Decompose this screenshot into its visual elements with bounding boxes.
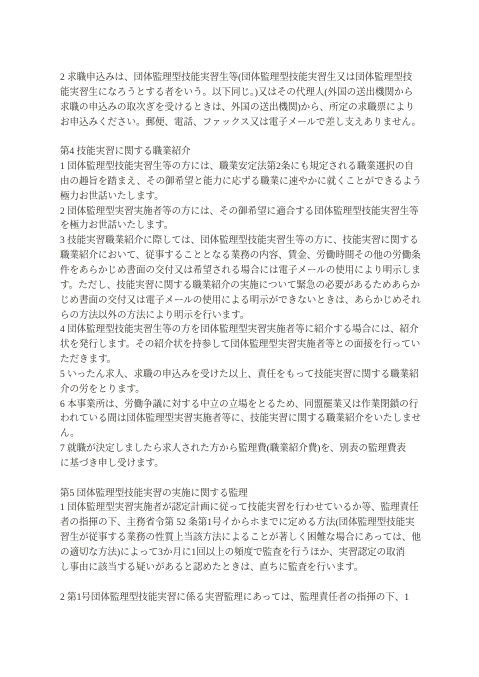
section4-item-4: 4 団体監理型技能実習生等の方を団体監理型実習実施者等に紹介する場合には、紹介状… <box>60 323 422 368</box>
text-line: 求職の申込みの取次ぎを受けるときは、外国の送出機関)から、所定の求職票により <box>60 101 422 116</box>
text-line: 5 いったん求人、求職の申込みを受けた以上、責任をもって技能実習に関する職業紹 <box>60 368 422 383</box>
document-page: 2 求職申込みは、団体監理型技能実習生等(団体監理型技能実習生又は団体監理型技能… <box>0 0 479 677</box>
document-text: 2 求職申込みは、団体監理型技能実習生等(団体監理型技能実習生又は団体監理型技能… <box>60 71 422 605</box>
text-line: 極力お世話いたします。 <box>60 190 422 205</box>
section-heading-line: 第4 技能実習に関する職業紹介 <box>60 145 422 160</box>
text-line: 1 団体監理型実習実施者が認定計画に従って技能実習を行わせているか等、監理責任 <box>60 501 422 516</box>
section4-item-7: 7 就職が決定しましたら求人された方から監理費(職業紹介費)を、別表の監理費表に… <box>60 442 422 472</box>
text-line: 2 団体監理型実習実施者等の方には、その御希望に適合する団体監理型技能実習生等 <box>60 205 422 220</box>
section4-heading: 第4 技能実習に関する職業紹介 <box>60 145 422 160</box>
text-line: らの方法以外の方法により明示を行います。 <box>60 309 422 324</box>
text-line: 状を発行します。その紹介状を持参して団体監理型実習実施者等との面接を行ってい <box>60 338 422 353</box>
section4-item-3: 3 技能実習職業紹介に際しては、団体監理型技能実習生等の方に、技能実習に関する職… <box>60 234 422 323</box>
text-line: 7 就職が決定しましたら求人された方から監理費(職業紹介費)を、別表の監理費表 <box>60 442 422 457</box>
section4-item-2: 2 団体監理型実習実施者等の方には、その御希望に適合する団体監理型技能実習生等を… <box>60 205 422 235</box>
section5-item-1: 1 団体監理型実習実施者が認定計画に従って技能実習を行わせているか等、監理責任者… <box>60 501 422 575</box>
section4-item-1: 1 団体監理型技能実習生等の方には、職業安定法第2条にも規定される職業選択の自由… <box>60 160 422 205</box>
text-line: す。ただし、技能実習に関する職業紹介の実施について緊急の必要があるためあらか <box>60 279 422 294</box>
section-heading-line: 第5 団体監理型技能実習の実施に関する監理 <box>60 487 422 502</box>
section4-item-6: 6 本事業所は、労働争議に対する中立の立場をとるため、同盟罷業又は作業閉鎖の行わ… <box>60 398 422 443</box>
text-line: 1 団体監理型技能実習生等の方には、職業安定法第2条にも規定される職業選択の自 <box>60 160 422 175</box>
text-line: 4 団体監理型技能実習生等の方を団体監理型実習実施者等に紹介する場合には、紹介 <box>60 323 422 338</box>
section5-heading: 第5 団体監理型技能実習の実施に関する監理 <box>60 487 422 502</box>
text-line: に基づき申し受けます。 <box>60 457 422 472</box>
text-line: 2 求職申込みは、団体監理型技能実習生等(団体監理型技能実習生又は団体監理型技 <box>60 71 422 86</box>
text-line: 能実習生になろうとする者をいう。以下同じ。)又はその代理人(外国の送出機関から <box>60 86 422 101</box>
text-line: 2 第1号団体監理型技能実習に係る実習監理にあっては、監理責任者の指揮の下、1 <box>60 591 422 606</box>
text-line: 者の指揮の下、主務省令第 52 条第1号イからホまでに定める方法(団体監理型技能… <box>60 516 422 531</box>
text-line: 介の労をとります。 <box>60 383 422 398</box>
text-line: ただきます。 <box>60 353 422 368</box>
text-line: の適切な方法)によって3か月に1回以上の頻度で監査を行うほか、実習認定の取消 <box>60 546 422 561</box>
text-line: われている間は団体監理型実習実施者等に、技能実習に関する職業紹介をいたしませ <box>60 412 422 427</box>
text-line: し事由に該当する疑いがあると認めたときは、直ちに監査を行います。 <box>60 561 422 576</box>
text-line: じめ書面の交付又は電子メールの使用による明示ができないときは、あらかじめそれ <box>60 294 422 309</box>
text-line: 件をあらかじめ書面の交付又は希望される場合には電子メールの使用により明示しま <box>60 264 422 279</box>
intro-item-2-job-application: 2 求職申込みは、団体監理型技能実習生等(団体監理型技能実習生又は団体監理型技能… <box>60 71 422 130</box>
section4-item-5: 5 いったん求人、求職の申込みを受けた以上、責任をもって技能実習に関する職業紹介… <box>60 368 422 398</box>
text-line: 習生が従事する業務の性質上当該方法によることが著しく困難な場合にあっては、他 <box>60 531 422 546</box>
text-line: を極力お世話いたします。 <box>60 219 422 234</box>
section5-item-2: 2 第1号団体監理型技能実習に係る実習監理にあっては、監理責任者の指揮の下、1 <box>60 591 422 606</box>
text-line: 職業紹介において、従事することとなる業務の内容、賃金、労働時間その他の労働条 <box>60 249 422 264</box>
text-line: ん。 <box>60 427 422 442</box>
text-line: お申込みください。郵便、電話、ファックス又は電子メールで差し支えありません。 <box>60 116 422 131</box>
text-line: 由の趣旨を踏まえ、その御希望と能力に応ずる職業に速やかに就くことができるよう <box>60 175 422 190</box>
text-line: 3 技能実習職業紹介に際しては、団体監理型技能実習生等の方に、技能実習に関する <box>60 234 422 249</box>
text-line: 6 本事業所は、労働争議に対する中立の立場をとるため、同盟罷業又は作業閉鎖の行 <box>60 398 422 413</box>
